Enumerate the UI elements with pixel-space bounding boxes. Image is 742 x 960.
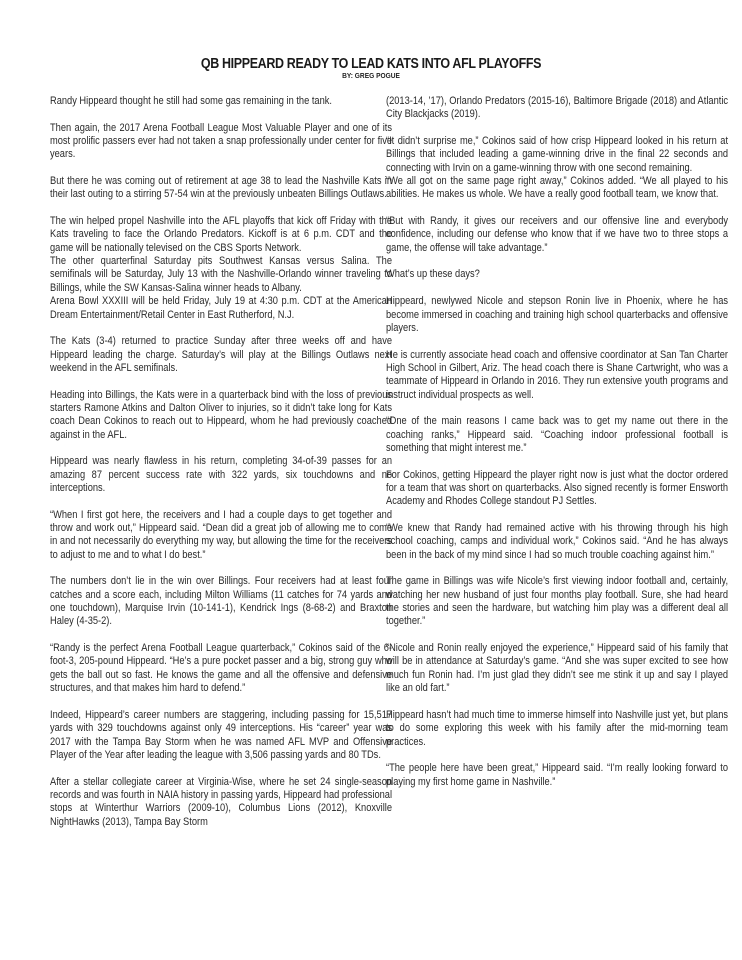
paragraph: Then again, the 2017 Arena Football Leag…: [50, 122, 392, 162]
paragraph: (2013-14, ’17), Orlando Predators (2015-…: [386, 95, 728, 122]
paragraph: For Cokinos, getting Hippeard the player…: [386, 469, 728, 509]
paragraph: “It didn’t surprise me,” Cokinos said of…: [386, 135, 728, 175]
paragraph: Randy Hippeard thought he still had some…: [50, 95, 392, 108]
paragraph: The win helped propel Nashville into the…: [50, 215, 392, 255]
paragraph: The game in Billings was wife Nicole’s f…: [386, 575, 728, 628]
right-column: (2013-14, ’17), Orlando Predators (2015-…: [386, 95, 728, 802]
paragraph: Hippeard was nearly flawless in his retu…: [50, 455, 392, 495]
paragraph: Heading into Billings, the Kats were in …: [50, 389, 392, 442]
paragraph: The numbers don’t lie in the win over Bi…: [50, 575, 392, 628]
paragraph: He is currently associate head coach and…: [386, 349, 728, 402]
paragraph: “We knew that Randy had remained active …: [386, 522, 728, 562]
paragraph: But there he was coming out of retiremen…: [50, 175, 392, 202]
paragraph: After a stellar collegiate career at Vir…: [50, 776, 392, 829]
paragraph: The Kats (3-4) returned to practice Sund…: [50, 335, 392, 375]
paragraph: “One of the main reasons I came back was…: [386, 415, 728, 455]
paragraph: Hippeard hasn’t had much time to immerse…: [386, 709, 728, 749]
paragraph: “When I first got here, the receivers an…: [50, 509, 392, 562]
article-byline: BY: GREG POGUE: [45, 71, 698, 80]
paragraph: Indeed, Hippeard’s career numbers are st…: [50, 709, 392, 762]
paragraph: “The people here have been great,” Hippe…: [386, 762, 728, 789]
paragraph: “But with Randy, it gives our receivers …: [386, 215, 728, 255]
paragraph: “We all got on the same page right away,…: [386, 175, 728, 202]
paragraph: Hippeard, newlywed Nicole and stepson Ro…: [386, 295, 728, 335]
paragraph: “Randy is the perfect Arena Football Lea…: [50, 642, 392, 695]
subheading: What’s up these days?: [386, 268, 728, 281]
left-column: Randy Hippeard thought he still had some…: [50, 95, 392, 842]
article-title: QB HIPPEARD READY TO LEAD KATS INTO AFL …: [52, 56, 690, 72]
paragraph: The other quarterfinal Saturday pits Sou…: [50, 255, 392, 295]
article-page: QB HIPPEARD READY TO LEAD KATS INTO AFL …: [0, 0, 742, 960]
paragraph: “Nicole and Ronin really enjoyed the exp…: [386, 642, 728, 695]
paragraph: Arena Bowl XXXIII will be held Friday, J…: [50, 295, 392, 322]
